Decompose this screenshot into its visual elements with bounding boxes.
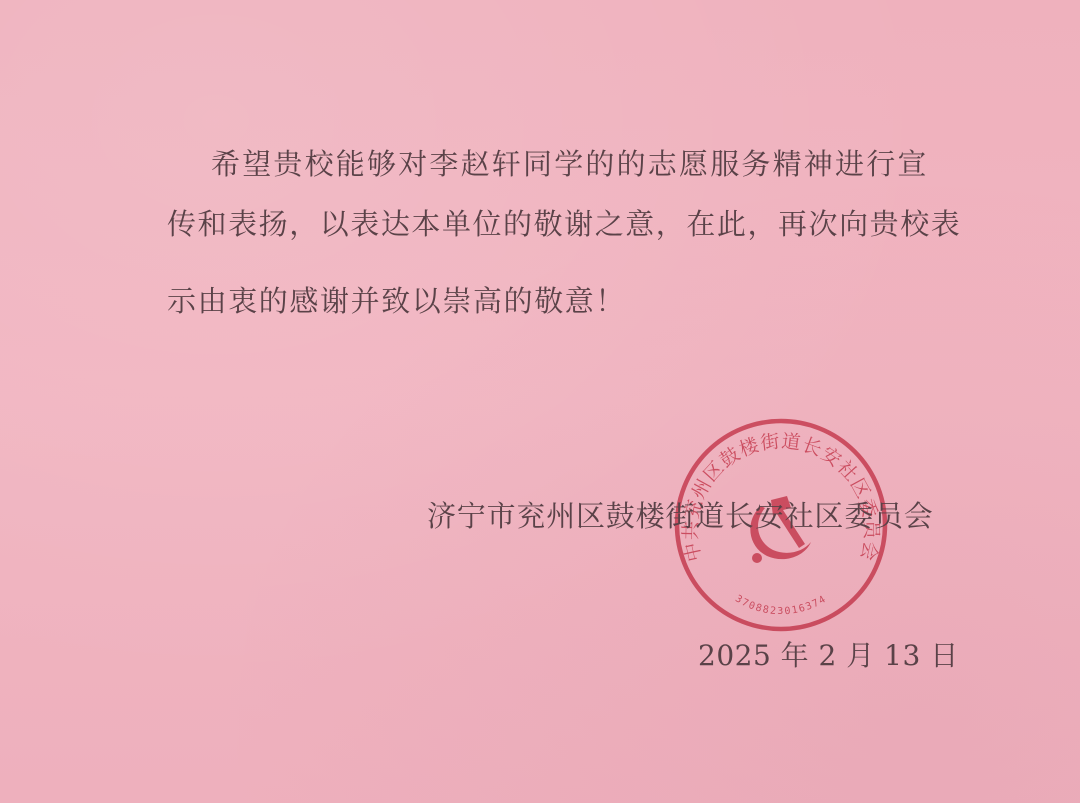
letter-page: 希望贵校能够对李赵轩同学的的志愿服务精神进行宣 传和表扬，以表达本单位的敬谢之意…: [0, 0, 1080, 803]
signing-organization: 济宁市兖州区鼓楼街道长安社区委员会: [427, 502, 934, 531]
signing-date: 2025 年 2 月 13 日: [698, 642, 959, 670]
body-line-3: 示由衷的感谢并致以崇高的敬意！: [167, 287, 626, 316]
seal-code: 3708823016374: [733, 593, 829, 617]
body-line-2: 传和表扬，以表达本单位的敬谢之意，在此，再次向贵校表: [167, 210, 961, 239]
body-line-1: 希望贵校能够对李赵轩同学的的志愿服务精神进行宣: [211, 150, 929, 179]
